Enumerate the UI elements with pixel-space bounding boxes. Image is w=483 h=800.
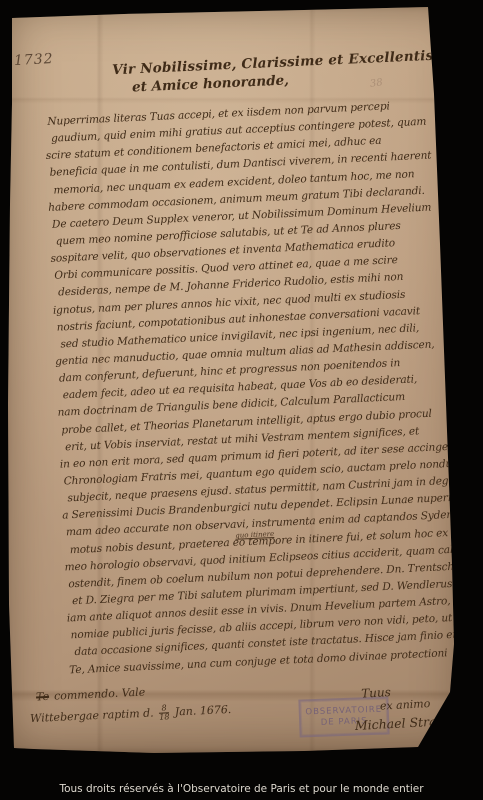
- folio-number: 1732: [14, 51, 54, 69]
- closing-text: commendo. Vale: [54, 686, 146, 703]
- manuscript-scan: 1732 38 Vir Nobilissime, Clarissime et E…: [0, 0, 483, 800]
- dateline-prefix: Wittebergae raptim d.: [30, 706, 154, 725]
- signature-name: Michael Strauß: [354, 712, 473, 733]
- struck-word: Te: [36, 690, 50, 704]
- date-new-style: 18: [159, 713, 170, 721]
- faint-pencil-mark: 38: [369, 77, 383, 90]
- letter-paper: 1732 38 Vir Nobilissime, Clarissime et E…: [4, 4, 466, 754]
- signature-block: Tuus ex animo Michael Strauß: [351, 681, 473, 733]
- dateline-suffix: Jan. 1676.: [174, 703, 231, 719]
- copyright-caption: Tous droits réservés à l'Observatoire de…: [0, 783, 483, 795]
- letter-body: quo itinere Nuperrimas literas Tuas acce…: [44, 96, 471, 679]
- salutation-line-1: Vir Nobilissime, Clarissime et Excellent…: [112, 42, 483, 79]
- dateline: Wittebergae raptim d. 8 18 Jan. 1676.: [30, 701, 232, 727]
- date-fraction: 8 18: [159, 704, 170, 721]
- closing-line: Tecommendo. Vale: [36, 686, 146, 704]
